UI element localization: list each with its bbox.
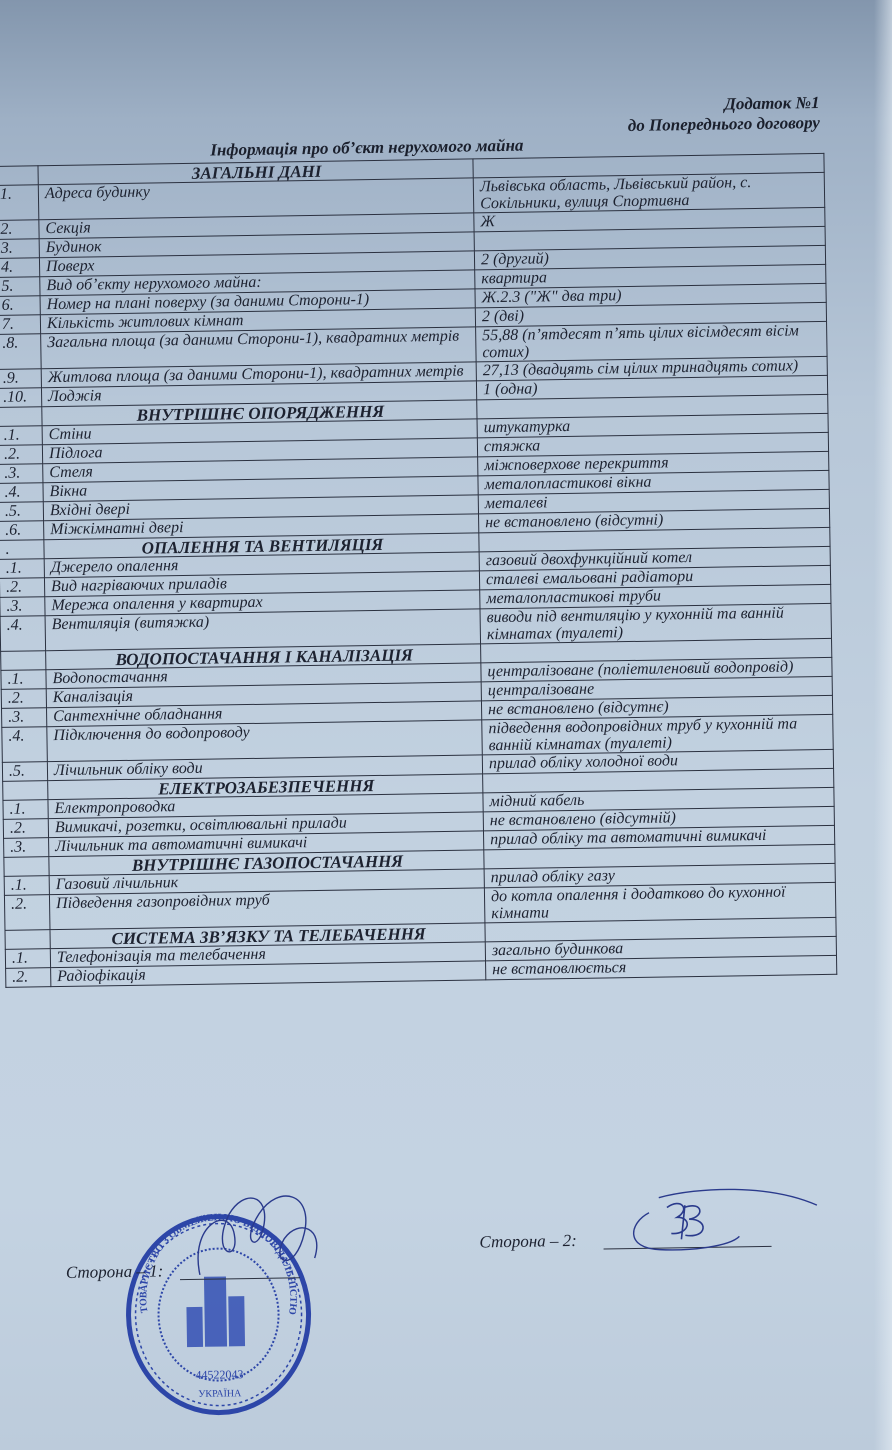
row-value: підведення водопровідних труб у кухонній… [482, 714, 834, 755]
row-number: .4. [0, 616, 46, 652]
row-number: .1. [0, 426, 42, 446]
row-number: .8. [0, 334, 41, 370]
row-number: .3. [0, 464, 43, 484]
svg-text:44522043: 44522043 [195, 1367, 243, 1382]
document-page: Додаток №1 до Попереднього договору Інфо… [0, 0, 892, 1450]
svg-text:УКРАЇНА: УКРАЇНА [198, 1387, 242, 1400]
side1-label: Сторона – 1: [66, 1261, 164, 1283]
annex-heading: Додаток №1 до Попереднього договору [627, 93, 820, 136]
row-number: .1. [5, 949, 50, 969]
row-number: 2. [0, 220, 39, 240]
row-number: 1. [0, 185, 39, 221]
row-number: .10. [0, 388, 42, 408]
document-title: Інформація про об’єкт нерухомого майна [210, 136, 523, 161]
section-number [0, 166, 38, 186]
row-number: .2. [1, 689, 46, 709]
row-number: .2. [3, 819, 48, 839]
signature-block: ТОВАРИСТВО З ОБМЕЖЕНОЮ ВІДПОВІДАЛЬНІСТЮ … [9, 1174, 892, 1448]
row-number: .1. [4, 876, 49, 896]
row-number: .2. [0, 445, 43, 465]
row-number: 5. [0, 277, 40, 297]
row-number: .6. [0, 521, 44, 541]
row-number: 6. [0, 296, 40, 316]
section-number [1, 651, 46, 671]
side2-label: Сторона – 2: [479, 1231, 577, 1253]
row-number: .1. [1, 670, 46, 690]
row-number: .1. [0, 559, 44, 579]
row-number: .4. [2, 727, 48, 763]
row-number: 7. [0, 315, 41, 335]
annex-to: до Попереднього договору [628, 113, 820, 136]
row-number: .2. [4, 895, 50, 931]
row-value: Львівська область, Львівський район, с. … [473, 172, 825, 213]
property-info-table: ЗАГАЛЬНІ ДАНІ1.Адреса будинкуЛьвівська о… [0, 153, 837, 988]
row-number: .2. [0, 578, 45, 598]
row-number: .3. [0, 597, 45, 617]
signature-side2-icon [619, 1185, 820, 1258]
row-value: виводи під вентиляцію у кухонній та ванн… [480, 603, 832, 644]
row-number: .9. [0, 369, 41, 389]
section-number [4, 857, 49, 877]
row-value: до котла опалення і додатково до кухонно… [484, 882, 836, 923]
row-number: .4. [0, 483, 43, 503]
row-number: .5. [2, 762, 47, 782]
row-number: .3. [2, 708, 47, 728]
section-number [0, 407, 42, 427]
row-value: 55,88 (п’ятдесят п’ять цілих вісімдесят … [476, 321, 828, 362]
row-number: 4. [0, 258, 40, 278]
row-number: .2. [6, 968, 51, 988]
section-number [5, 930, 50, 950]
section-number: . [0, 540, 44, 560]
section-number [3, 781, 48, 801]
row-number: .5. [0, 502, 44, 522]
row-number: .3. [4, 838, 49, 858]
row-number: 3. [0, 239, 39, 259]
row-number: .1. [3, 800, 48, 820]
